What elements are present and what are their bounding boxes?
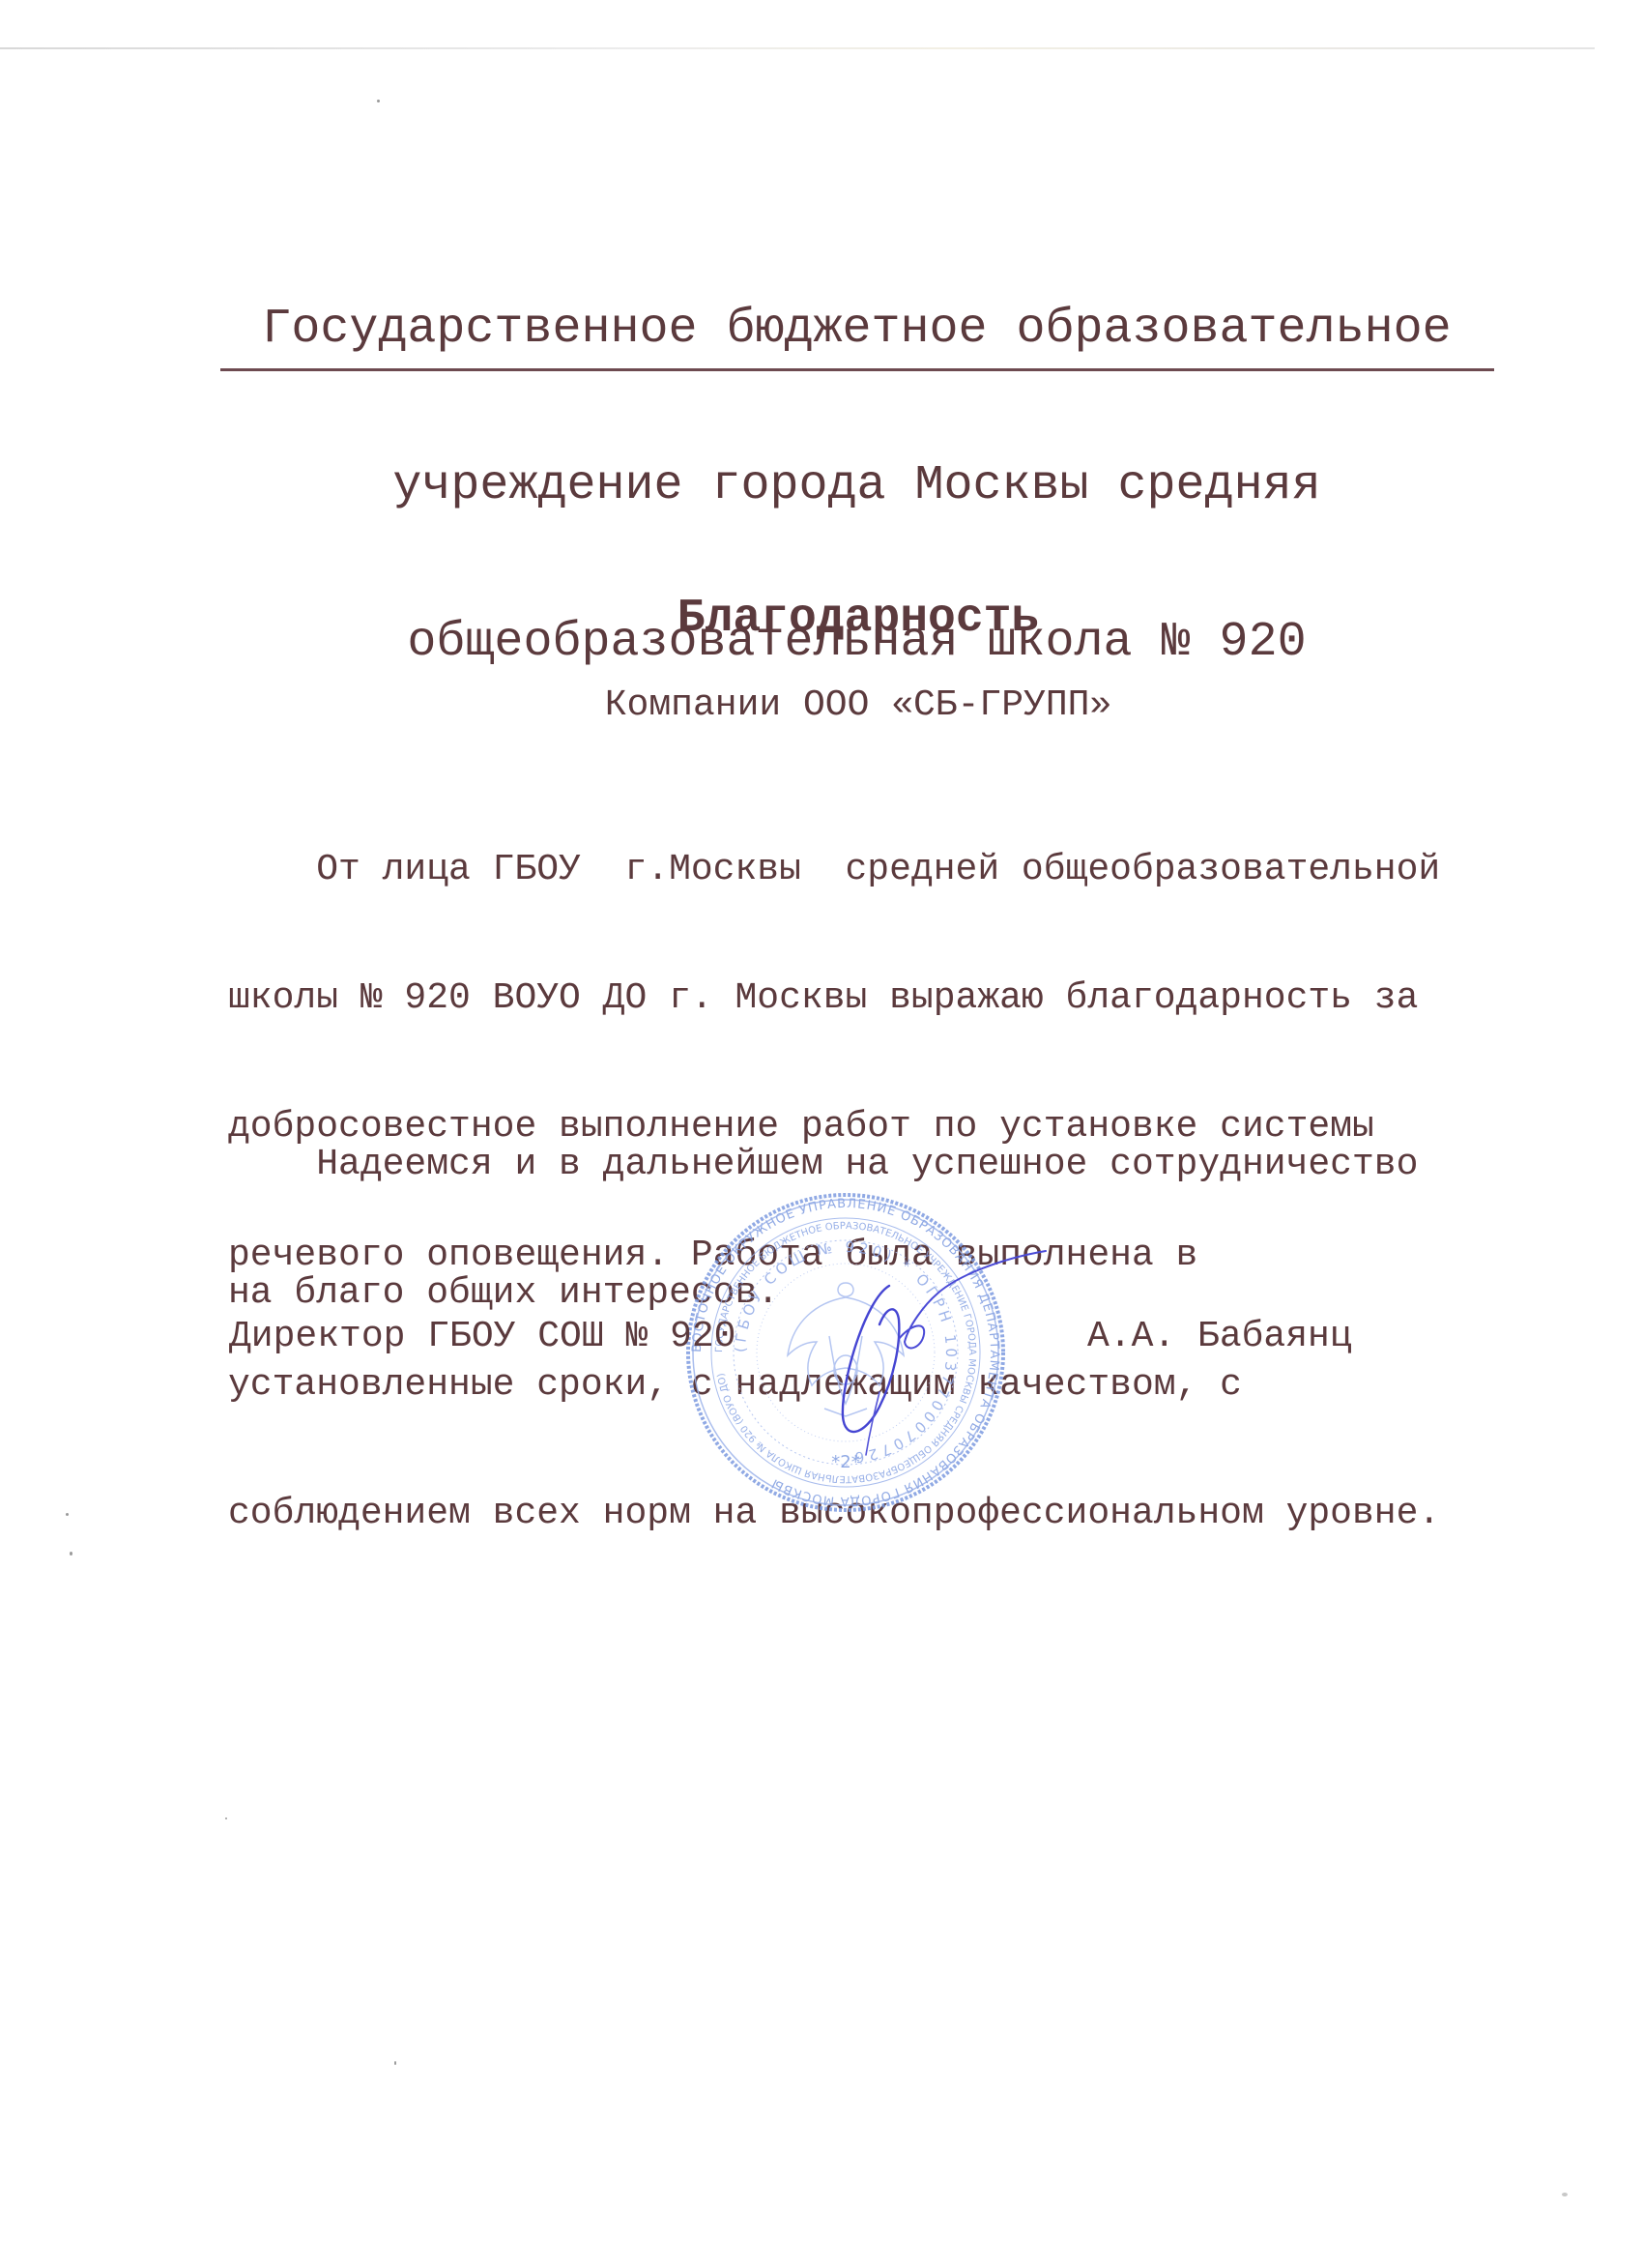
paragraph-line: Надеемся и в дальнейшем на успешное сотр…	[228, 1144, 1523, 1186]
paragraph-line: на благо общих интересов.	[228, 1272, 1523, 1315]
signatory-name: А.А. Бабаянц	[1087, 1316, 1352, 1358]
signature-block: Директор ГБОУ СОШ № 920 А.А. Бабаянц	[0, 1316, 1643, 1358]
paragraph-line: установленные сроки, с надлежащим качест…	[228, 1364, 1523, 1407]
scan-speck	[394, 2061, 396, 2065]
scan-speck	[70, 1552, 72, 1556]
paragraph-line: школы № 920 ВОУО ДО г. Москвы выражаю бл…	[228, 977, 1523, 1020]
scan-artifact-line	[0, 47, 1595, 49]
signatory-position: Директор ГБОУ СОШ № 920	[229, 1316, 736, 1358]
closing-paragraph: Надеемся и в дальнейшем на успешное сотр…	[228, 1058, 1523, 1358]
recipient-line: Компании ООО «СБ-ГРУПП»	[0, 684, 1643, 727]
scan-speck	[225, 1817, 227, 1819]
paragraph-line: соблюдением всех норм на высокопрофессио…	[228, 1493, 1523, 1535]
scan-speck	[377, 100, 380, 102]
paragraph-line: От лица ГБОУ г.Москвы средней общеобразо…	[228, 849, 1523, 891]
document-title: Благодарность	[0, 592, 1643, 646]
scan-speck	[1562, 2193, 1568, 2196]
scan-speck	[66, 1513, 69, 1516]
header-line: учреждение города Москвы средняя	[220, 460, 1493, 512]
header-line: Государственное бюджетное образовательно…	[220, 304, 1493, 356]
header-divider	[220, 368, 1494, 371]
